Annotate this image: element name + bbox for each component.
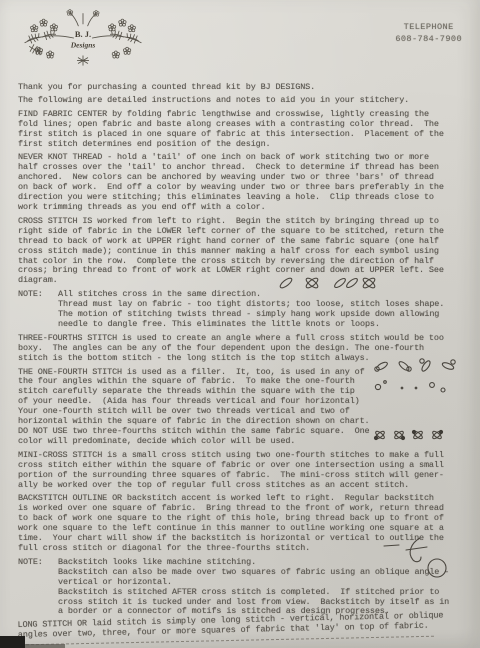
document-body: Thank you for purchasing a counted threa… bbox=[18, 80, 470, 641]
logo-initials: B. J. bbox=[75, 29, 91, 39]
paragraph-one-fourth-stitch: THE ONE-FOURTH STITCH is used as a fille… bbox=[18, 368, 470, 447]
telephone-block: TELEPHONE 608-784-7900 bbox=[395, 22, 462, 45]
telephone-number: 608-784-7900 bbox=[395, 34, 462, 46]
paragraph-find-fabric-center: FIND FABRIC CENTER by folding fabric len… bbox=[18, 110, 470, 150]
note-label: NOTE: bbox=[18, 290, 58, 330]
telephone-label: TELEPHONE bbox=[395, 22, 462, 34]
paragraph-never-knot-thread: NEVER KNOT THREAD - hold a 'tail' of one… bbox=[18, 153, 470, 212]
note-body: Backstitch looks like machine stitching.… bbox=[58, 558, 449, 617]
intro-line-2: The following are detailed instructions … bbox=[18, 96, 470, 106]
flower-ornament-icon: B. J. Designs bbox=[22, 8, 144, 68]
cross-stitch-text: CROSS STITCH IS worked from left to righ… bbox=[18, 217, 470, 286]
paragraph-three-fourths-stitch: THREE-FOURTHS STITCH is used to create a… bbox=[18, 334, 470, 364]
note-body: All stitches cross in the same direction… bbox=[58, 290, 444, 330]
scanned-instruction-sheet: B. J. Designs TELEPHONE 608-784-7900 Tha… bbox=[0, 0, 480, 648]
paragraph-cross-stitch: CROSS STITCH IS worked from left to righ… bbox=[18, 217, 470, 286]
note-backstitch: NOTE: Backstitch looks like machine stit… bbox=[18, 558, 470, 617]
note-stitch-direction: NOTE: All stitches cross in the same dir… bbox=[18, 290, 470, 330]
paragraph-mini-cross-stitch: MINI-CROSS STITCH is a small cross stitc… bbox=[18, 451, 470, 491]
logo-name: Designs bbox=[70, 40, 96, 49]
underlying-page-edge bbox=[0, 636, 25, 648]
paragraph-backstitch-outline: BACKSTITCH OUTLINE OR backstitch accent … bbox=[18, 494, 470, 553]
underlying-page-shadow bbox=[25, 644, 65, 648]
one-fourth-text: THE ONE-FOURTH STITCH is used as a fille… bbox=[18, 368, 470, 447]
bj-designs-logo: B. J. Designs bbox=[22, 8, 144, 73]
note-label: NOTE: bbox=[18, 558, 58, 617]
backstitch-text: BACKSTITCH OUTLINE OR backstitch accent … bbox=[18, 494, 470, 553]
intro-line-1: Thank you for purchasing a counted threa… bbox=[18, 83, 470, 93]
